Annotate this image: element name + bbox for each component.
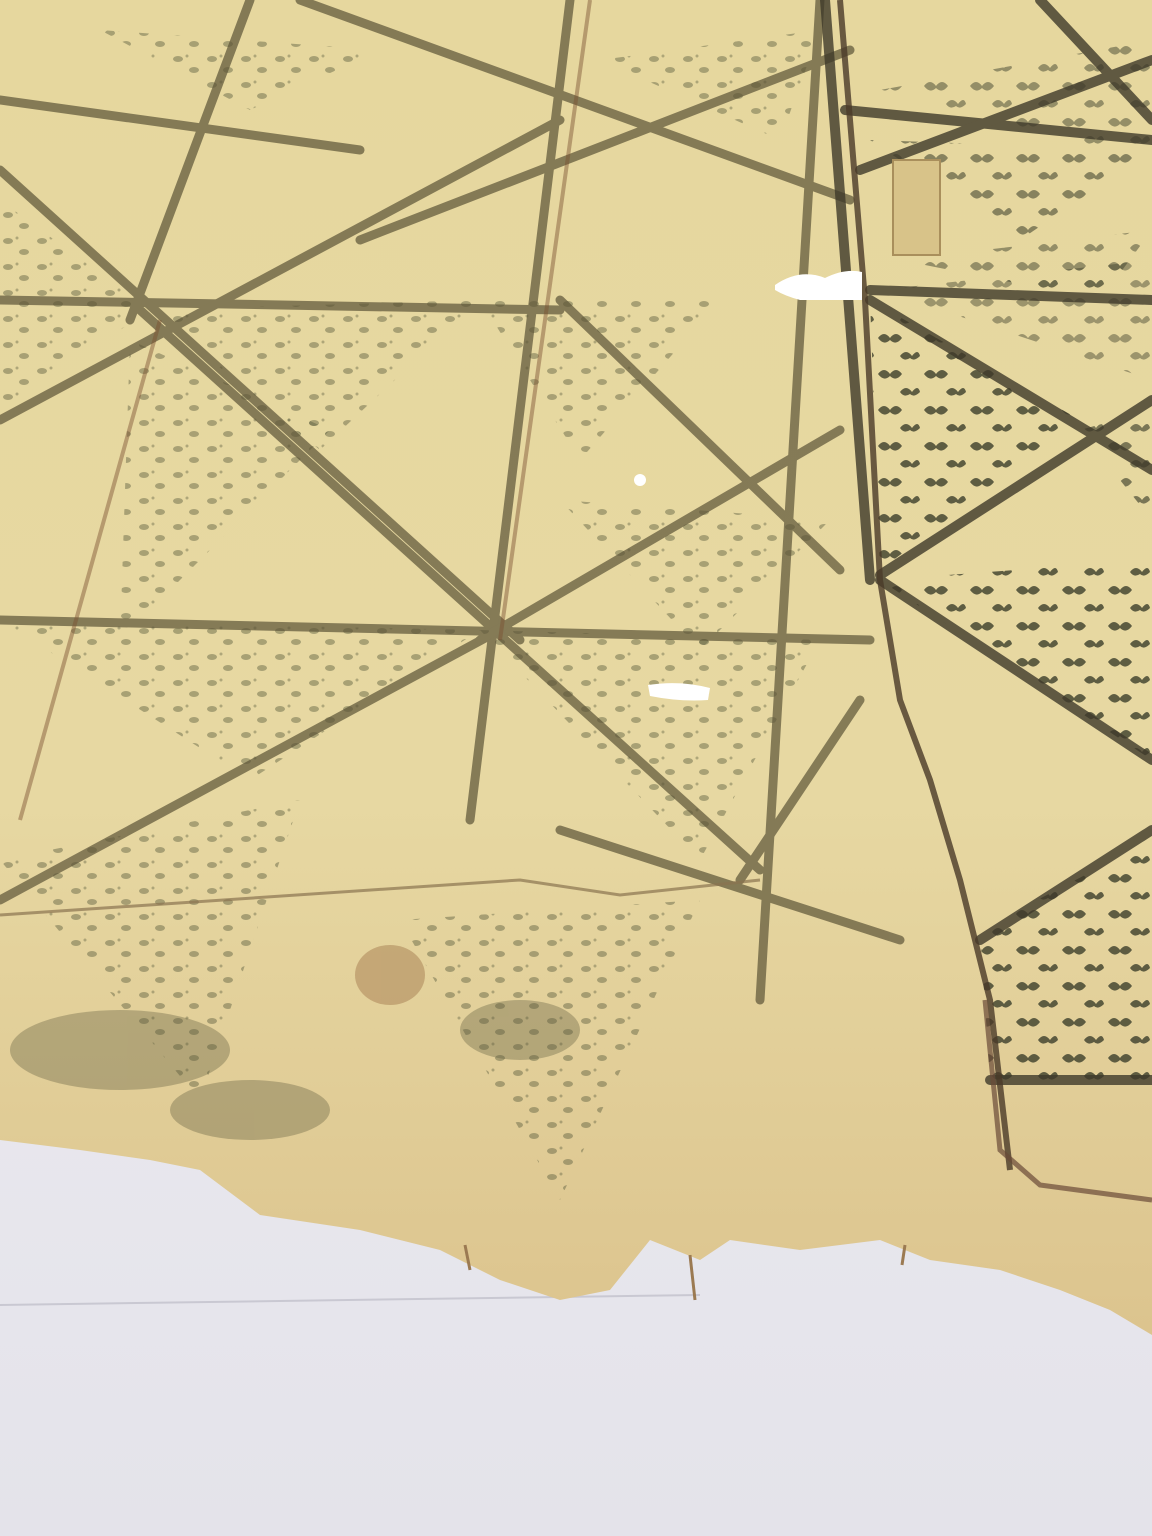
barkcloth-illustration xyxy=(0,0,1152,1536)
hole-small xyxy=(634,474,646,486)
repair-tape xyxy=(893,160,940,255)
barkcloth-photo xyxy=(0,0,1152,1536)
